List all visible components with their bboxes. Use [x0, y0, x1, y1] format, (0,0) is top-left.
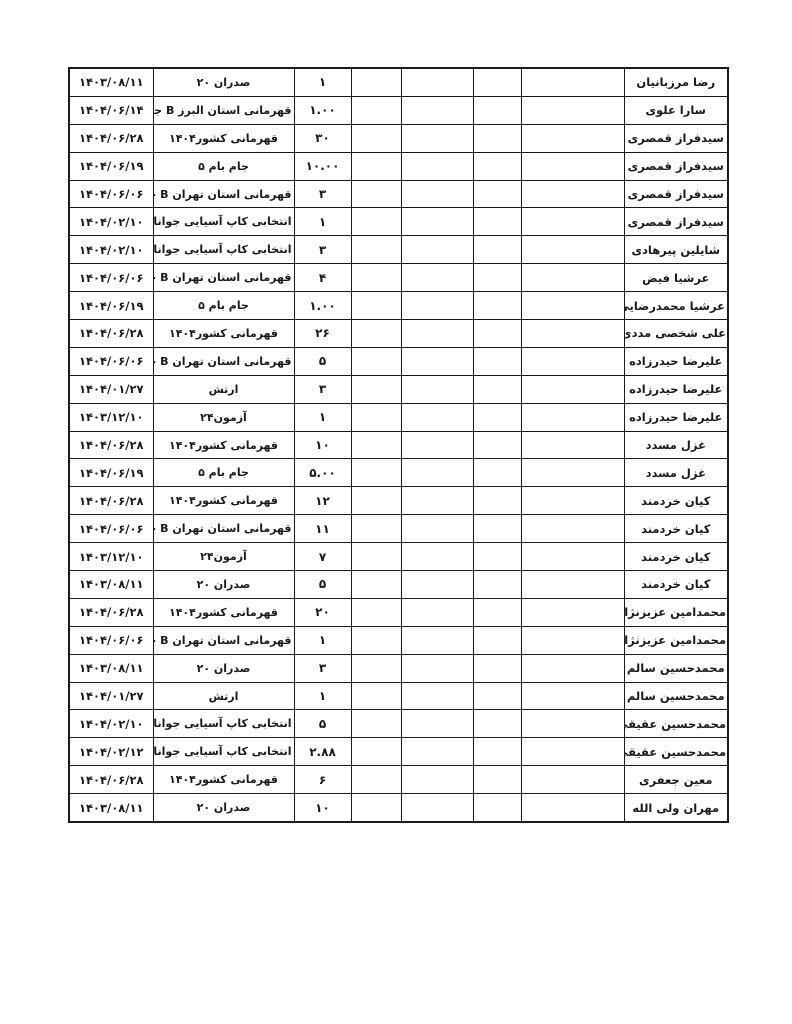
cell-date: ۱۴۰۴/۰۶/۱۹ [69, 459, 153, 487]
cell-empty [473, 626, 521, 654]
cell-score: ۷ [294, 543, 351, 571]
table-row: غزل مسدد۵.۰۰جام بام ۵۱۴۰۴/۰۶/۱۹ [69, 459, 728, 487]
table-row: کیان خردمند۱۲قهرمانی کشور۱۴۰۴۱۴۰۴/۰۶/۲۸ [69, 487, 728, 515]
cell-event: قهرمانی کشور۱۴۰۴ [153, 766, 294, 794]
cell-empty [521, 208, 624, 236]
cell-empty [401, 124, 473, 152]
cell-name: معین جعفری [624, 766, 728, 794]
cell-score: ۲۰ [294, 598, 351, 626]
cell-empty [351, 264, 401, 292]
cell-empty [401, 766, 473, 794]
cell-empty [351, 152, 401, 180]
cell-empty [351, 766, 401, 794]
table-row: علیرضا حیدرزاده۱آزمون۲۴۱۴۰۳/۱۲/۱۰ [69, 403, 728, 431]
table-row: محمدحسین عقیقی۵انتخابی کاپ آسیایی جوانان… [69, 710, 728, 738]
cell-empty [521, 236, 624, 264]
cell-empty [473, 710, 521, 738]
cell-empty [473, 654, 521, 682]
cell-name: غزل مسدد [624, 459, 728, 487]
cell-name: محمدحسین عقیقی [624, 738, 728, 766]
cell-name: کیان خردمند [624, 487, 728, 515]
cell-empty [401, 543, 473, 571]
cell-score: ۱.۰۰ [294, 292, 351, 320]
cell-empty [473, 794, 521, 822]
cell-date: ۱۴۰۴/۰۲/۱۰ [69, 710, 153, 738]
table-row: محمدحسین سالم۳صدران ۲۰۱۴۰۳/۰۸/۱۱ [69, 654, 728, 682]
cell-empty [351, 68, 401, 96]
cell-score: ۵ [294, 347, 351, 375]
table-row: معین جعفری۶قهرمانی کشور۱۴۰۴۱۴۰۴/۰۶/۲۸ [69, 766, 728, 794]
results-table: رضا مرزبانیان۱صدران ۲۰۱۴۰۳/۰۸/۱۱سارا علو… [68, 67, 729, 823]
table-row: کیان خردمند۵صدران ۲۰۱۴۰۳/۰۸/۱۱ [69, 571, 728, 599]
cell-event: آزمون۲۴ [153, 543, 294, 571]
cell-event: قهرمانی استان تهران B جوانان [153, 264, 294, 292]
table-row: غزل مسدد۱۰قهرمانی کشور۱۴۰۴۱۴۰۴/۰۶/۲۸ [69, 431, 728, 459]
table-row: علیرضا حیدرزاده۵قهرمانی استان تهران B جو… [69, 347, 728, 375]
cell-empty [473, 68, 521, 96]
cell-empty [473, 264, 521, 292]
cell-empty [401, 403, 473, 431]
cell-score: ۱ [294, 68, 351, 96]
cell-empty [521, 403, 624, 431]
table-row: علیرضا حیدرزاده۳ارتش۱۴۰۴/۰۱/۲۷ [69, 375, 728, 403]
cell-empty [351, 320, 401, 348]
document-page: رضا مرزبانیان۱صدران ۲۰۱۴۰۳/۰۸/۱۱سارا علو… [0, 0, 792, 1024]
cell-empty [351, 459, 401, 487]
cell-name: کیان خردمند [624, 515, 728, 543]
cell-empty [351, 292, 401, 320]
table-row: محمدامین عزیزنژاد۱قهرمانی استان تهران B … [69, 626, 728, 654]
cell-score: ۱ [294, 403, 351, 431]
cell-empty [401, 96, 473, 124]
cell-empty [473, 571, 521, 599]
cell-name: محمدحسین سالم [624, 654, 728, 682]
cell-empty [521, 710, 624, 738]
cell-empty [521, 152, 624, 180]
cell-name: عرشیا محمدرضایی [624, 292, 728, 320]
cell-empty [473, 375, 521, 403]
cell-empty [473, 180, 521, 208]
cell-score: ۳ [294, 236, 351, 264]
cell-date: ۱۴۰۴/۰۶/۱۹ [69, 292, 153, 320]
cell-empty [351, 654, 401, 682]
cell-empty [401, 515, 473, 543]
cell-date: ۱۴۰۳/۰۸/۱۱ [69, 571, 153, 599]
results-table-body: رضا مرزبانیان۱صدران ۲۰۱۴۰۳/۰۸/۱۱سارا علو… [69, 68, 728, 822]
cell-date: ۱۴۰۴/۰۶/۰۶ [69, 347, 153, 375]
cell-empty [521, 124, 624, 152]
cell-empty [401, 459, 473, 487]
cell-empty [521, 738, 624, 766]
cell-empty [401, 571, 473, 599]
cell-empty [473, 487, 521, 515]
cell-empty [521, 320, 624, 348]
cell-empty [473, 152, 521, 180]
cell-score: ۱ [294, 208, 351, 236]
cell-empty [521, 292, 624, 320]
table-row: سارا علوی۱.۰۰قهرمانی استان البرز B جوانا… [69, 96, 728, 124]
cell-empty [473, 124, 521, 152]
cell-event: انتخابی کاپ آسیایی جوانان [153, 710, 294, 738]
cell-empty [351, 794, 401, 822]
cell-event: قهرمانی کشور۱۴۰۴ [153, 124, 294, 152]
cell-empty [351, 571, 401, 599]
cell-name: غزل مسدد [624, 431, 728, 459]
cell-empty [521, 598, 624, 626]
cell-empty [401, 598, 473, 626]
cell-empty [351, 236, 401, 264]
cell-score: ۵ [294, 571, 351, 599]
cell-date: ۱۴۰۳/۰۸/۱۱ [69, 794, 153, 822]
cell-name: سیدفراز قمصری [624, 124, 728, 152]
cell-empty [473, 682, 521, 710]
cell-score: ۱۰.۰۰ [294, 152, 351, 180]
cell-name: علیرضا حیدرزاده [624, 403, 728, 431]
cell-event: قهرمانی استان تهران B جوانان [153, 515, 294, 543]
cell-score: ۴ [294, 264, 351, 292]
cell-empty [521, 487, 624, 515]
cell-event: ارتش [153, 375, 294, 403]
cell-empty [473, 738, 521, 766]
cell-event: انتخابی کاپ آسیایی جوانان [153, 236, 294, 264]
cell-empty [473, 347, 521, 375]
table-row: محمدحسین عقیقی۲.۸۸انتخابی کاپ آسیایی جوا… [69, 738, 728, 766]
cell-empty [351, 208, 401, 236]
cell-empty [401, 626, 473, 654]
cell-event: صدران ۲۰ [153, 654, 294, 682]
cell-empty [401, 794, 473, 822]
cell-empty [401, 236, 473, 264]
cell-event: انتخابی کاپ آسیایی جوانان [153, 738, 294, 766]
cell-score: ۳ [294, 180, 351, 208]
cell-score: ۵ [294, 710, 351, 738]
cell-date: ۱۴۰۴/۰۶/۰۶ [69, 626, 153, 654]
cell-date: ۱۴۰۳/۰۸/۱۱ [69, 68, 153, 96]
cell-empty [351, 738, 401, 766]
cell-empty [473, 403, 521, 431]
cell-event: قهرمانی کشور۱۴۰۴ [153, 431, 294, 459]
cell-name: محمدحسین عقیقی [624, 710, 728, 738]
cell-empty [521, 626, 624, 654]
cell-empty [351, 515, 401, 543]
cell-name: سیدفراز قمصری [624, 208, 728, 236]
cell-name: سارا علوی [624, 96, 728, 124]
cell-score: ۶ [294, 766, 351, 794]
cell-empty [401, 487, 473, 515]
cell-empty [521, 96, 624, 124]
cell-empty [351, 431, 401, 459]
table-row: کیان خردمند۱۱قهرمانی استان تهران B جوانا… [69, 515, 728, 543]
cell-event: جام بام ۵ [153, 459, 294, 487]
cell-empty [401, 738, 473, 766]
cell-empty [473, 96, 521, 124]
cell-name: علیرضا حیدرزاده [624, 375, 728, 403]
cell-empty [473, 292, 521, 320]
cell-event: صدران ۲۰ [153, 68, 294, 96]
table-row: سیدفراز قمصری۱انتخابی کاپ آسیایی جوانان۱… [69, 208, 728, 236]
table-row: عرشیا محمدرضایی۱.۰۰جام بام ۵۱۴۰۴/۰۶/۱۹ [69, 292, 728, 320]
cell-name: کیان خردمند [624, 571, 728, 599]
cell-score: ۱۲ [294, 487, 351, 515]
table-row: مهران ولی الله۱۰صدران ۲۰۱۴۰۳/۰۸/۱۱ [69, 794, 728, 822]
cell-date: ۱۴۰۳/۰۸/۱۱ [69, 654, 153, 682]
cell-empty [401, 208, 473, 236]
cell-score: ۳۰ [294, 124, 351, 152]
cell-score: ۱.۰۰ [294, 96, 351, 124]
cell-empty [473, 459, 521, 487]
cell-empty [473, 598, 521, 626]
cell-empty [473, 236, 521, 264]
cell-event: ارتش [153, 682, 294, 710]
cell-empty [473, 515, 521, 543]
cell-date: ۱۴۰۴/۰۱/۲۷ [69, 682, 153, 710]
table-row: سیدفراز قمصری۳قهرمانی استان تهران B جوان… [69, 180, 728, 208]
cell-date: ۱۴۰۴/۰۶/۰۶ [69, 180, 153, 208]
cell-empty [351, 124, 401, 152]
cell-empty [401, 682, 473, 710]
cell-empty [401, 320, 473, 348]
cell-empty [521, 654, 624, 682]
cell-event: قهرمانی استان تهران B جوانان [153, 626, 294, 654]
cell-empty [521, 375, 624, 403]
cell-date: ۱۴۰۴/۰۱/۲۷ [69, 375, 153, 403]
cell-score: ۱۰ [294, 431, 351, 459]
cell-empty [401, 180, 473, 208]
cell-event: انتخابی کاپ آسیایی جوانان [153, 208, 294, 236]
cell-empty [521, 794, 624, 822]
cell-date: ۱۴۰۳/۱۲/۱۰ [69, 403, 153, 431]
cell-score: ۱۱ [294, 515, 351, 543]
cell-date: ۱۴۰۴/۰۲/۱۲ [69, 738, 153, 766]
table-row: عرشیا فیض۴قهرمانی استان تهران B جوانان۱۴… [69, 264, 728, 292]
cell-name: علی شخصی مددی [624, 320, 728, 348]
cell-score: ۱ [294, 626, 351, 654]
table-row: علی شخصی مددی۲۶قهرمانی کشور۱۴۰۴۱۴۰۴/۰۶/۲… [69, 320, 728, 348]
cell-name: عرشیا فیض [624, 264, 728, 292]
cell-empty [521, 682, 624, 710]
cell-name: رضا مرزبانیان [624, 68, 728, 96]
cell-empty [473, 208, 521, 236]
cell-event: قهرمانی کشور۱۴۰۴ [153, 487, 294, 515]
cell-empty [351, 487, 401, 515]
cell-date: ۱۴۰۳/۱۲/۱۰ [69, 543, 153, 571]
cell-empty [473, 431, 521, 459]
cell-date: ۱۴۰۴/۰۶/۲۸ [69, 766, 153, 794]
cell-empty [401, 292, 473, 320]
cell-empty [351, 403, 401, 431]
cell-date: ۱۴۰۴/۰۶/۲۸ [69, 431, 153, 459]
cell-name: محمدحسین سالم [624, 682, 728, 710]
cell-empty [521, 180, 624, 208]
cell-date: ۱۴۰۴/۰۶/۲۸ [69, 320, 153, 348]
table-row: شایلین پیرهادی۳انتخابی کاپ آسیایی جوانان… [69, 236, 728, 264]
cell-name: سیدفراز قمصری [624, 180, 728, 208]
table-row: کیان خردمند۷آزمون۲۴۱۴۰۳/۱۲/۱۰ [69, 543, 728, 571]
cell-name: محمدامین عزیزنژاد [624, 598, 728, 626]
cell-date: ۱۴۰۴/۰۲/۱۰ [69, 236, 153, 264]
cell-date: ۱۴۰۴/۰۲/۱۰ [69, 208, 153, 236]
cell-score: ۱۰ [294, 794, 351, 822]
cell-empty [401, 264, 473, 292]
cell-event: قهرمانی استان تهران B جوانان [153, 180, 294, 208]
cell-empty [401, 710, 473, 738]
cell-name: سیدفراز قمصری [624, 152, 728, 180]
table-row: سیدفراز قمصری۳۰قهرمانی کشور۱۴۰۴۱۴۰۴/۰۶/۲… [69, 124, 728, 152]
cell-empty [351, 347, 401, 375]
cell-empty [351, 375, 401, 403]
cell-name: مهران ولی الله [624, 794, 728, 822]
cell-empty [473, 766, 521, 794]
cell-empty [401, 152, 473, 180]
cell-name: کیان خردمند [624, 543, 728, 571]
cell-name: شایلین پیرهادی [624, 236, 728, 264]
cell-score: ۳ [294, 375, 351, 403]
table-row: محمدحسین سالم۱ارتش۱۴۰۴/۰۱/۲۷ [69, 682, 728, 710]
cell-event: آزمون۲۴ [153, 403, 294, 431]
cell-event: صدران ۲۰ [153, 571, 294, 599]
cell-empty [401, 68, 473, 96]
cell-event: صدران ۲۰ [153, 794, 294, 822]
cell-score: ۲.۸۸ [294, 738, 351, 766]
cell-empty [473, 543, 521, 571]
cell-empty [351, 598, 401, 626]
cell-date: ۱۴۰۴/۰۶/۲۸ [69, 487, 153, 515]
cell-empty [351, 710, 401, 738]
cell-date: ۱۴۰۴/۰۶/۰۶ [69, 264, 153, 292]
cell-date: ۱۴۰۴/۰۶/۲۸ [69, 124, 153, 152]
cell-empty [521, 68, 624, 96]
cell-empty [351, 543, 401, 571]
cell-score: ۳ [294, 654, 351, 682]
cell-score: ۲۶ [294, 320, 351, 348]
cell-empty [351, 626, 401, 654]
cell-name: محمدامین عزیزنژاد [624, 626, 728, 654]
cell-empty [521, 766, 624, 794]
cell-empty [521, 515, 624, 543]
cell-name: علیرضا حیدرزاده [624, 347, 728, 375]
cell-empty [473, 320, 521, 348]
cell-event: قهرمانی استان تهران B جوانان [153, 347, 294, 375]
cell-empty [351, 180, 401, 208]
cell-empty [521, 264, 624, 292]
cell-empty [521, 431, 624, 459]
cell-event: قهرمانی کشور۱۴۰۴ [153, 598, 294, 626]
cell-empty [401, 654, 473, 682]
cell-score: ۵.۰۰ [294, 459, 351, 487]
cell-empty [401, 431, 473, 459]
cell-event: جام بام ۵ [153, 152, 294, 180]
cell-empty [351, 682, 401, 710]
cell-event: قهرمانی استان البرز B جوانان [153, 96, 294, 124]
table-row: رضا مرزبانیان۱صدران ۲۰۱۴۰۳/۰۸/۱۱ [69, 68, 728, 96]
cell-date: ۱۴۰۴/۰۶/۲۸ [69, 598, 153, 626]
table-row: محمدامین عزیزنژاد۲۰قهرمانی کشور۱۴۰۴۱۴۰۴/… [69, 598, 728, 626]
cell-date: ۱۴۰۴/۰۶/۱۹ [69, 152, 153, 180]
cell-empty [401, 347, 473, 375]
cell-event: جام بام ۵ [153, 292, 294, 320]
cell-event: قهرمانی کشور۱۴۰۴ [153, 320, 294, 348]
cell-empty [521, 543, 624, 571]
cell-date: ۱۴۰۴/۰۶/۱۴ [69, 96, 153, 124]
cell-score: ۱ [294, 682, 351, 710]
cell-empty [401, 375, 473, 403]
cell-empty [521, 459, 624, 487]
cell-empty [521, 347, 624, 375]
table-row: سیدفراز قمصری۱۰.۰۰جام بام ۵۱۴۰۴/۰۶/۱۹ [69, 152, 728, 180]
cell-empty [351, 96, 401, 124]
cell-date: ۱۴۰۴/۰۶/۰۶ [69, 515, 153, 543]
cell-empty [521, 571, 624, 599]
